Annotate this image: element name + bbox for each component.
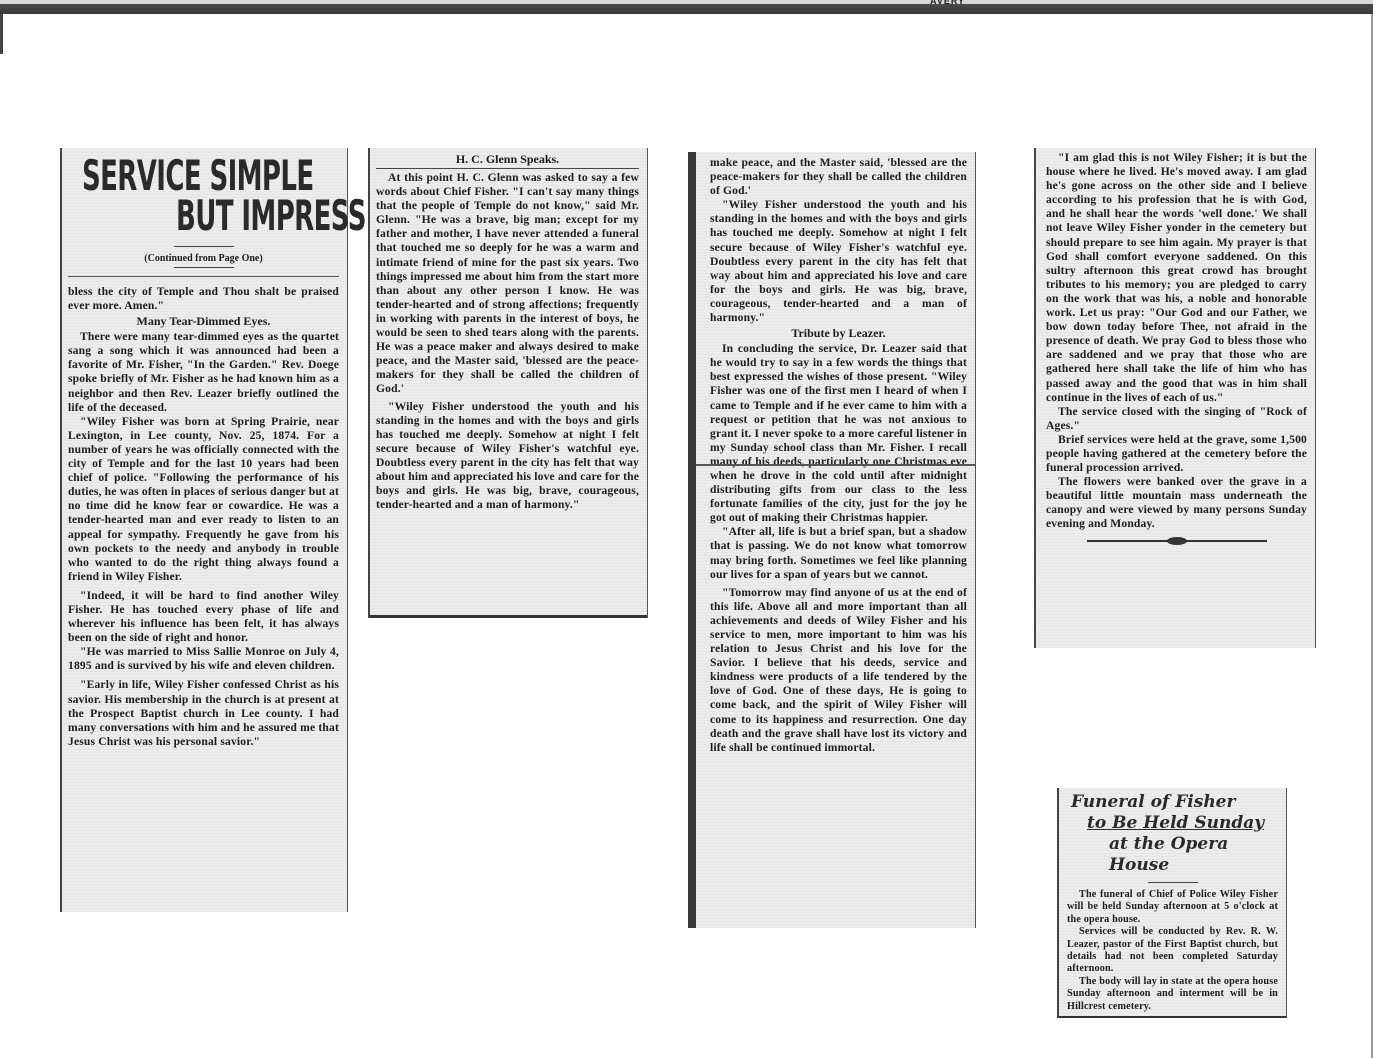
clipping-prayer-and-burial: "I am glad this is not Wiley Fisher; it …	[1034, 148, 1316, 648]
paragraph: The body will lay in state at the opera …	[1067, 976, 1278, 1013]
divider	[174, 246, 234, 247]
headline-line-3: at the Opera House	[1109, 834, 1278, 876]
clipping-service-simple: SERVICE SIMPLE BUT IMPRESSIVE (Continued…	[60, 148, 348, 912]
headline-line-2: BUT IMPRESSIVE	[176, 196, 277, 236]
paragraph: In concluding the service, Dr. Leazer sa…	[710, 342, 967, 525]
headline-line-1: Funeral of Fisher	[1071, 792, 1278, 813]
divider	[1148, 882, 1198, 883]
paragraph: There were many tear-dimmed eyes as the …	[68, 330, 339, 415]
headline-line-2: to Be Held Sunday	[1087, 813, 1278, 834]
end-ornament	[1087, 540, 1267, 542]
scanner-label: AVERY	[930, 0, 965, 6]
subheading: Tribute by Leazer.	[710, 326, 967, 341]
clipping-glenn-speaks: H. C. Glenn Speaks. At this point H. C. …	[368, 148, 648, 618]
paragraph: Brief services were held at the grave, s…	[1046, 433, 1307, 475]
overlap-seam	[696, 464, 975, 466]
bottom-rule	[370, 615, 647, 618]
paragraph: "Early in life, Wiley Fisher confessed C…	[68, 678, 339, 748]
divider	[376, 168, 639, 169]
paragraph: "He was married to Miss Sallie Monroe on…	[68, 645, 339, 673]
paragraph: At this point H. C. Glenn was asked to s…	[376, 171, 639, 397]
clipping-funeral-announcement: Funeral of Fisher to Be Held Sunday at t…	[1057, 788, 1287, 1018]
paragraph: The service closed with the singing of "…	[1046, 405, 1307, 433]
paragraph: "Indeed, it will be hard to find another…	[68, 589, 339, 645]
paragraph: "Wiley Fisher understood the youth and h…	[710, 198, 967, 325]
fold-band	[68, 276, 339, 285]
headline-line-1: SERVICE SIMPLE	[82, 156, 241, 196]
scanner-top-edge: AVERY	[0, 0, 1373, 14]
paragraph: The funeral of Chief of Police Wiley Fis…	[1067, 889, 1278, 926]
divider	[174, 267, 234, 268]
paragraph: "Wiley Fisher understood the youth and h…	[376, 400, 639, 513]
paragraph: The flowers were banked over the grave i…	[1046, 475, 1307, 531]
paragraph: "Tomorrow may find anyone of us at the e…	[710, 586, 967, 755]
paragraph: "Wiley Fisher was born at Spring Prairie…	[68, 415, 339, 584]
continued-note: (Continued from Page One)	[68, 253, 339, 264]
paragraph: bless the city of Temple and Thou shalt …	[68, 285, 339, 313]
clipping-tribute-by-leazer: make peace, and the Master said, 'blesse…	[688, 152, 976, 928]
paragraph: "I am glad this is not Wiley Fisher; it …	[1046, 151, 1307, 405]
scan-left-edge	[0, 14, 3, 54]
paragraph: "After all, life is but a brief span, bu…	[710, 525, 967, 581]
paragraph: make peace, and the Master said, 'blesse…	[710, 156, 967, 198]
paragraph: Services will be conducted by Rev. R. W.…	[1067, 926, 1278, 976]
subheading: H. C. Glenn Speaks.	[376, 152, 639, 167]
subheading: Many Tear-Dimmed Eyes.	[68, 314, 339, 329]
